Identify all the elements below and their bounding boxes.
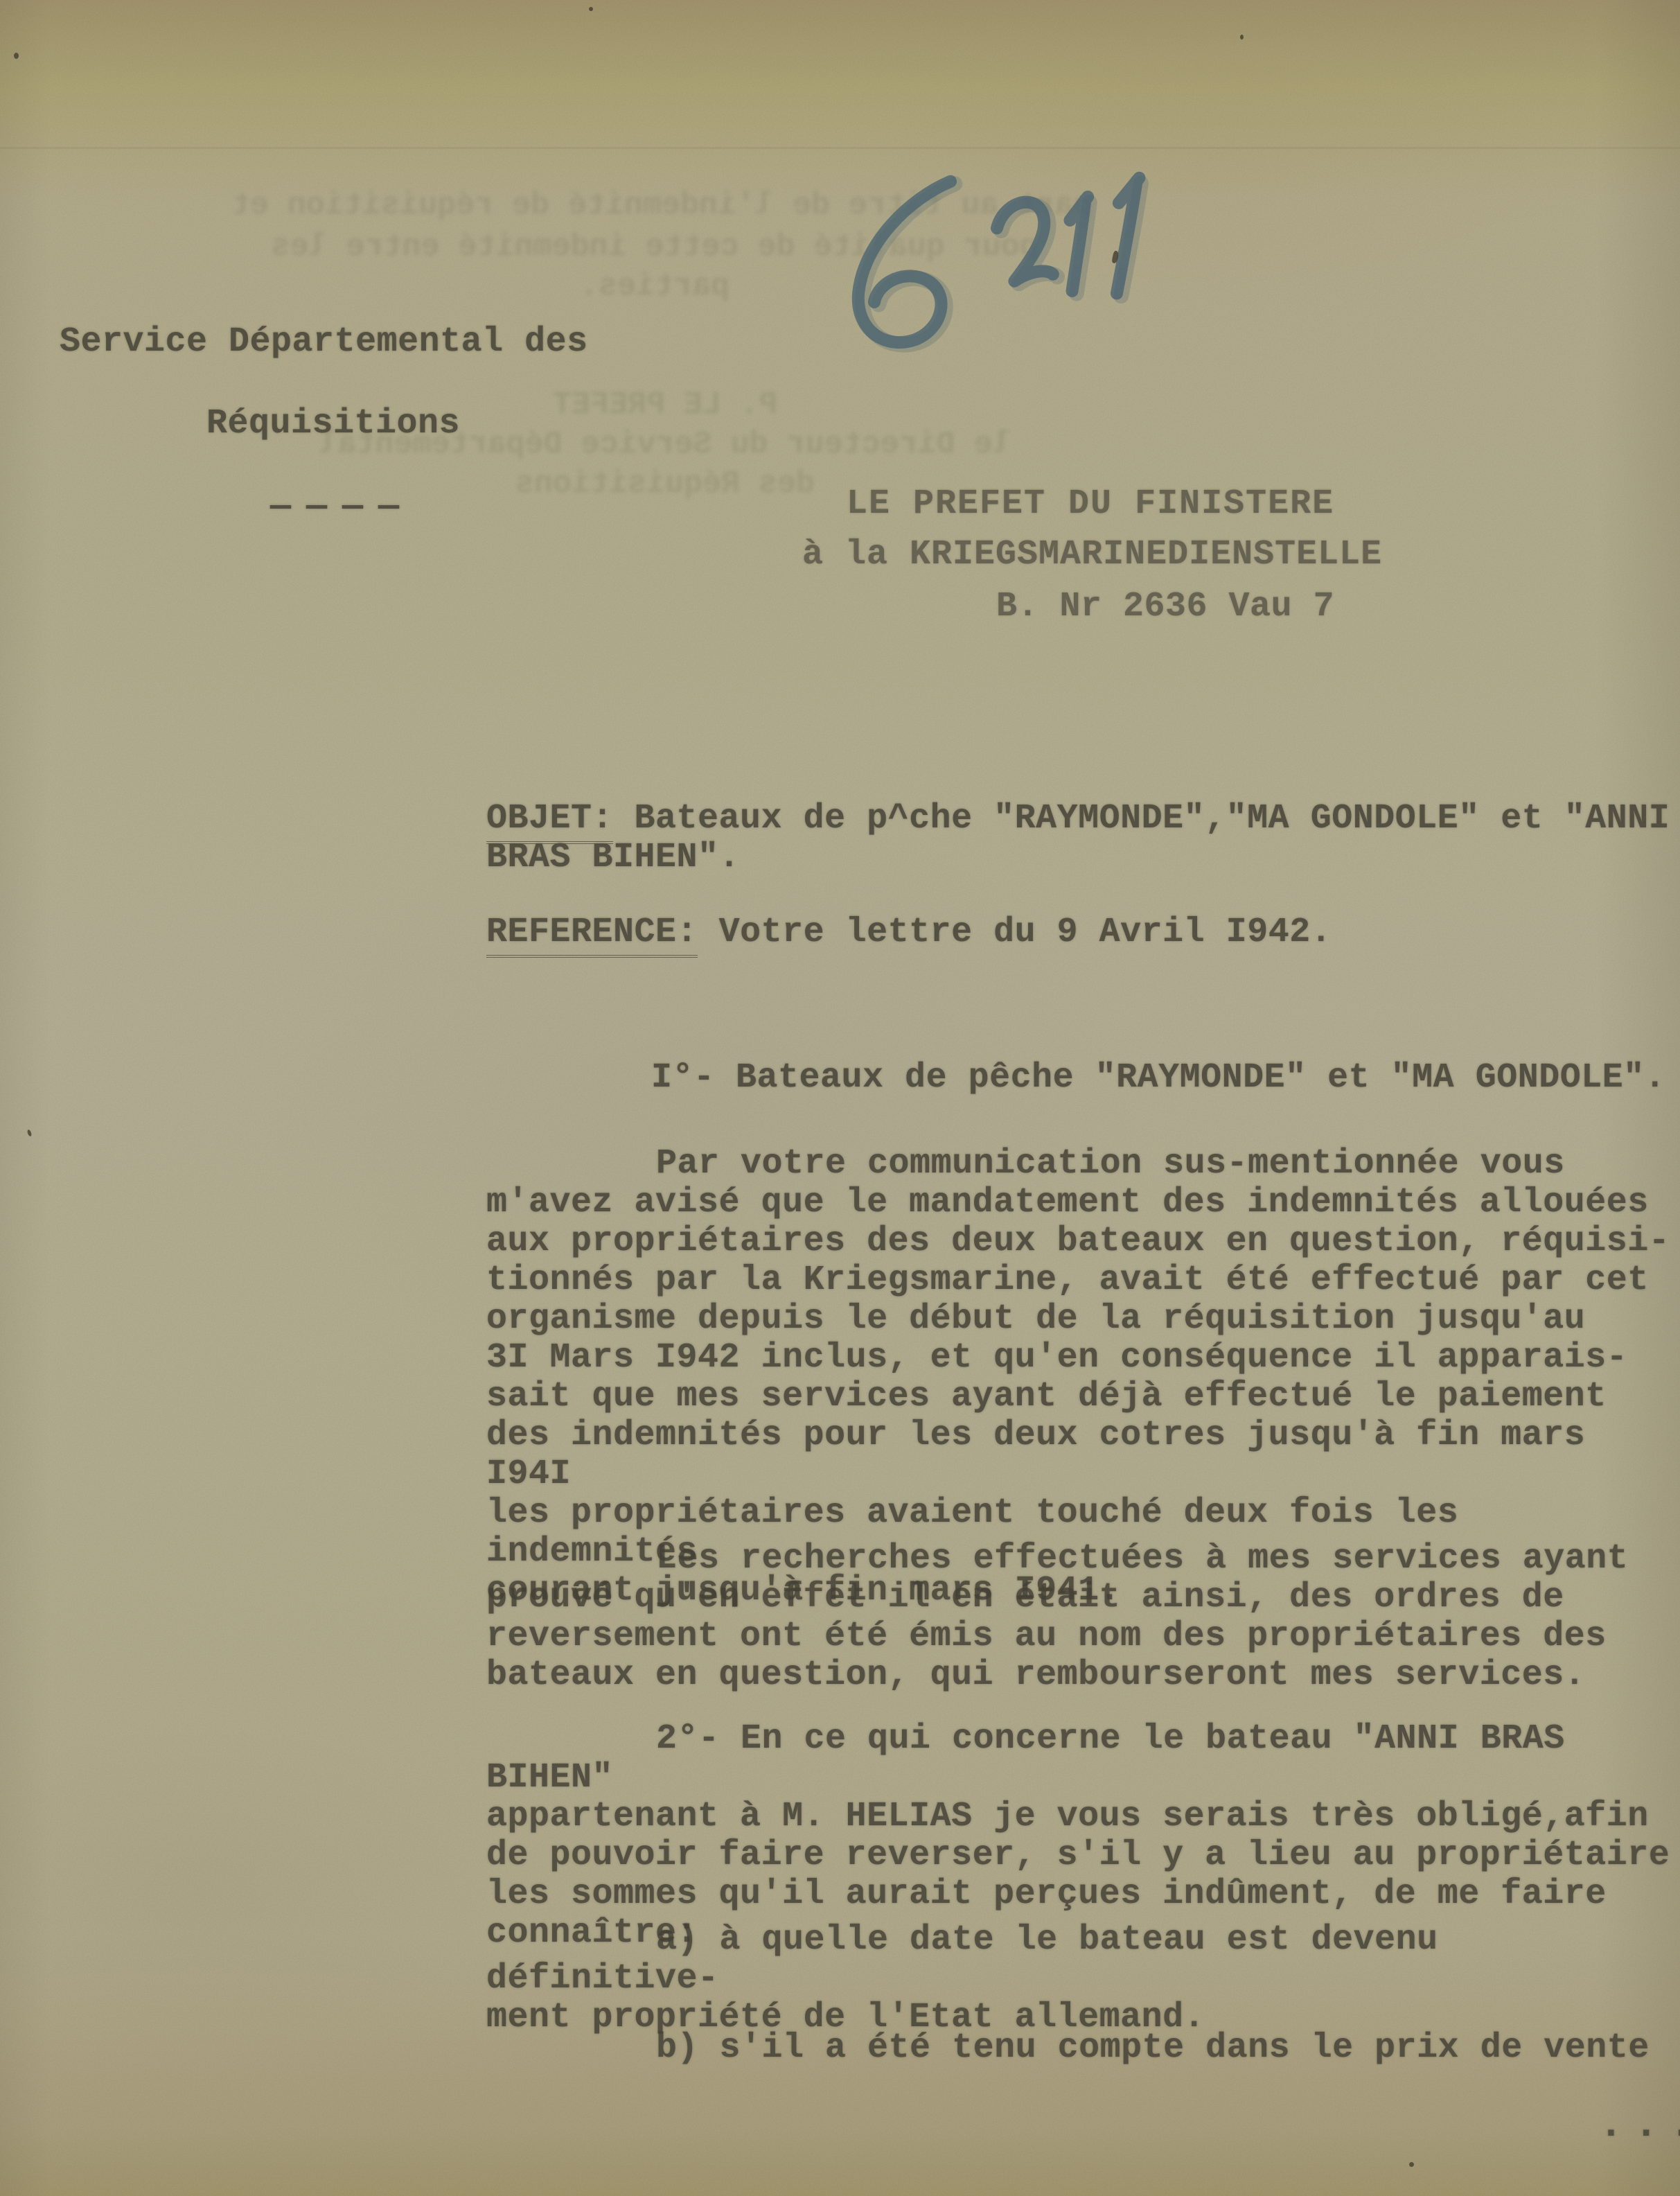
item-b: b) s'il a été tenu compte dans le prix d… [486, 2029, 1678, 2068]
sender-line-2: Réquisitions [60, 405, 607, 443]
objet-text: Bateaux de p^che "RAYMONDE","MA GONDOLE"… [486, 799, 1670, 877]
handwritten-number [784, 151, 1197, 366]
section-1-heading: I°- Bateaux de pêche "RAYMONDE" et "MA G… [651, 1059, 1665, 1098]
sender-block: Service Départemental des Réquisitions —… [60, 284, 607, 565]
ink-speck [14, 53, 19, 59]
recipient-line-1: LE PREFET DU FINISTERE [847, 485, 1334, 524]
reference-label: REFERENCE: [486, 913, 698, 958]
paragraph-3: 2°- En ce qui concerne le bateau "ANNI B… [486, 1720, 1680, 1953]
reference-line: REFERENCE: Votre lettre du 9 Avril I942. [486, 875, 1678, 952]
ink-speck [589, 7, 593, 11]
ink-speck [1409, 2162, 1414, 2167]
recipient-line-2: à la KRIEGSMARINEDIENSTELLE [802, 536, 1382, 574]
objet-line: OBJET: Bateaux de p^che "RAYMONDE","MA G… [486, 761, 1678, 877]
paper-crease [0, 147, 1680, 149]
scanned-letter-page: part au titre de l'indemnité de réquisit… [0, 0, 1680, 2196]
ink-speck [1240, 35, 1244, 39]
item-a: a) à quelle date le bateau est devenu dé… [486, 1921, 1678, 2037]
reference-text: Votre lettre du 9 Avril I942. [698, 913, 1332, 952]
ink-speck [26, 1129, 32, 1136]
continuation-dots: ... [1599, 2107, 1680, 2145]
sender-line-1: Service Départemental des [60, 323, 607, 362]
recipient-line-3: B. Nr 2636 Vau 7 [996, 588, 1334, 626]
sender-separator: — — — — [60, 488, 607, 527]
paragraph-2: Les recherches effectuées à mes services… [486, 1540, 1678, 1695]
